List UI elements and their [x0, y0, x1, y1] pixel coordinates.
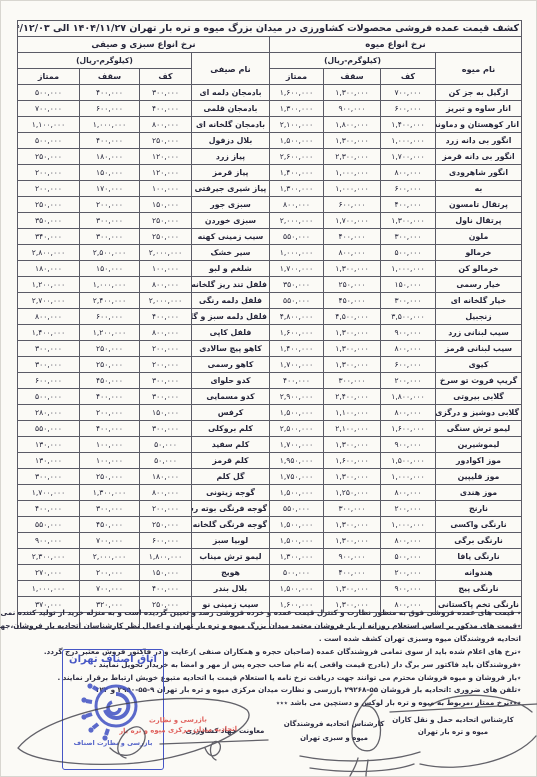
veg-ceiling-cell: ۱,۳۰۰,۰۰۰	[80, 485, 140, 501]
fruit-floor-cell: ۹۰۰,۰۰۰	[381, 581, 436, 597]
veg-floor-cell: ۴۰۰,۰۰۰	[140, 101, 192, 117]
fruit-name-cell: انار ساوه و تبریز	[436, 101, 522, 117]
fruit-ceiling-cell: ۱,۳۰۰,۰۰۰	[324, 533, 381, 549]
fruit-premium-cell: ۱,۷۰۰,۰۰۰	[270, 357, 324, 373]
veg-floor-cell: ۲۰۰,۰۰۰	[140, 501, 192, 517]
veg-premium-header: ممتاز	[17, 69, 79, 85]
veg-ceiling-cell: ۲۵۰,۰۰۰	[80, 469, 140, 485]
fruit-ceiling-header: سقف	[324, 69, 381, 85]
fruit-premium-cell: ۱,۵۰۰,۰۰۰	[270, 533, 324, 549]
fruit-name-cell: زنجبیل	[436, 309, 522, 325]
table-row: موز فلیپین۱,۰۰۰,۰۰۰۱,۳۰۰,۰۰۰۱,۷۵۰,۰۰۰گل …	[17, 469, 521, 485]
veg-premium-cell: ۴۰۰,۰۰۰	[17, 501, 79, 517]
fruit-name-cell: کیوی	[436, 357, 522, 373]
fruit-floor-cell: ۸۰۰,۰۰۰	[381, 341, 436, 357]
veg-name-cell: لوبیا سبز	[192, 533, 270, 549]
fruit-ceiling-cell: ۱,۱۰۰,۰۰۰	[324, 405, 381, 421]
fruit-ceiling-cell: ۱,۳۰۰,۰۰۰	[324, 581, 381, 597]
veg-premium-cell: ۱,۷۰۰,۰۰۰	[17, 485, 79, 501]
fruit-premium-cell: ۸۰۰,۰۰۰	[270, 197, 324, 213]
fruit-floor-header: کف	[381, 69, 436, 85]
fruit-ceiling-cell: ۱,۳۰۰,۰۰۰	[324, 133, 381, 149]
veg-premium-cell: ۷۰۰,۰۰۰	[17, 101, 79, 117]
fruit-ceiling-cell: ۱,۸۰۰,۰۰۰	[324, 117, 381, 133]
fruit-floor-cell: ۸۰۰,۰۰۰	[381, 165, 436, 181]
table-row: خیار گلخانه ای۳۰۰,۰۰۰۴۵۰,۰۰۰۵۵۰,۰۰۰فلفل …	[17, 293, 521, 309]
fruit-name-cell: موز هندی	[436, 485, 522, 501]
veg-floor-cell: ۲۵۰,۰۰۰	[140, 213, 192, 229]
signature-transport-union: کارشناس اتحادیه حمل و نقل کاران میوه و ت…	[383, 716, 523, 736]
veg-premium-cell: ۲۰۰,۰۰۰	[17, 181, 79, 197]
veg-name-cell: سبزی جور	[192, 197, 270, 213]
fruit-ceiling-cell: ۱,۲۵۰,۰۰۰	[324, 485, 381, 501]
veg-premium-cell: ۹۰۰,۰۰۰	[17, 533, 79, 549]
fruit-name-cell: خیار گلخانه ای	[436, 293, 522, 309]
table-row: گلابی بیروتی۱,۸۰۰,۰۰۰۲,۴۰۰,۰۰۰۲,۹۰۰,۰۰۰ک…	[17, 389, 521, 405]
table-row: پرتقال ناول۱,۳۰۰,۰۰۰۱,۷۰۰,۰۰۰۲,۰۰۰,۰۰۰سب…	[17, 213, 521, 229]
fruit-name-cell: خرمالو کن	[436, 261, 522, 277]
fruit-section-header: نرخ انواع میوه	[270, 37, 522, 53]
fruit-name-cell: نارنج	[436, 501, 522, 517]
table-row: گلابی دوشیز و درگزی۸۰۰,۰۰۰۱,۱۰۰,۰۰۰۱,۵۰۰…	[17, 405, 521, 421]
table-row: انار ساوه و تبریز۶۰۰,۰۰۰۹۰۰,۰۰۰۱,۳۰۰,۰۰۰…	[17, 101, 521, 117]
fruit-ceiling-cell: ۲,۳۰۰,۰۰۰	[324, 149, 381, 165]
fruit-ceiling-cell: ۳۰۰,۰۰۰	[324, 501, 381, 517]
fruit-premium-cell: ۴۰۰,۰۰۰	[270, 373, 324, 389]
veg-name-cell: کلم قرمز	[192, 453, 270, 469]
veg-ceiling-cell: ۱,۰۰۰,۰۰۰	[80, 117, 140, 133]
table-row: خرمالو۵۰۰,۰۰۰۸۰۰,۰۰۰۱,۰۰۰,۰۰۰سیر خشک۲,۰۰…	[17, 245, 521, 261]
veg-premium-cell: ۲۵۰,۰۰۰	[17, 197, 79, 213]
veg-premium-cell: ۱,۴۰۰,۰۰۰	[17, 325, 79, 341]
unit-row: نام میوه (کیلوگرم-ریال) نام صیفی (کیلوگر…	[17, 53, 521, 69]
veg-ceiling-cell: ۲۵۰,۰۰۰	[80, 357, 140, 373]
fruit-floor-cell: ۲۰۰,۰۰۰	[381, 501, 436, 517]
veg-premium-cell: ۱,۱۰۰,۰۰۰	[17, 117, 79, 133]
veg-premium-cell: ۳۵۰,۰۰۰	[17, 213, 79, 229]
table-row: انار کوهستان و دماوند۱,۴۰۰,۰۰۰۱,۸۰۰,۰۰۰۲…	[17, 117, 521, 133]
fruit-premium-cell: ۱,۵۰۰,۰۰۰	[270, 133, 324, 149]
fruit-premium-cell: ۵۰۰,۰۰۰	[270, 565, 324, 581]
fruit-name-cell: نارنگی پیج	[436, 581, 522, 597]
veg-floor-cell: ۲۵۰,۰۰۰	[140, 229, 192, 245]
veg-ceiling-cell: ۷۰۰,۰۰۰	[80, 581, 140, 597]
veg-floor-cell: ۱۵۰,۰۰۰	[140, 405, 192, 421]
veg-name-cell: گوجه فرنگی بوته رس	[192, 501, 270, 517]
veg-premium-cell: ۲,۸۰۰,۰۰۰	[17, 245, 79, 261]
fruit-name-cell: نارنگی واکسی	[436, 517, 522, 533]
signature-sellers-union-line1: کارشناس اتحادیه فروشندگان	[274, 720, 394, 728]
veg-ceiling-cell: ۱۷۰,۰۰۰	[80, 181, 140, 197]
veg-name-cell: فلفل کاپی	[192, 325, 270, 341]
fruit-unit-label: (کیلوگرم-ریال)	[270, 53, 436, 69]
veg-floor-cell: ۸۰۰,۰۰۰	[140, 277, 192, 293]
signature-sellers-union-line2: میوه و سبزی تهران	[274, 734, 394, 742]
veg-floor-cell: ۱۵۰,۰۰۰	[140, 565, 192, 581]
fruit-premium-cell: ۱,۷۵۰,۰۰۰	[270, 469, 324, 485]
fruit-premium-cell: ۱,۵۰۰,۰۰۰	[270, 485, 324, 501]
fruit-premium-cell: ۱,۶۰۰,۰۰۰	[270, 325, 324, 341]
fruit-floor-cell: ۱,۰۰۰,۰۰۰	[381, 517, 436, 533]
veg-ceiling-cell: ۳۰۰,۰۰۰	[80, 501, 140, 517]
fruit-floor-cell: ۹۰۰,۰۰۰	[381, 325, 436, 341]
veg-floor-cell: ۲۵۰,۰۰۰	[140, 133, 192, 149]
fruit-name-cell: خرمالو	[436, 245, 522, 261]
veg-ceiling-cell: ۴۵۰,۰۰۰	[80, 517, 140, 533]
fruit-floor-cell: ۳۰۰,۰۰۰	[381, 229, 436, 245]
veg-premium-cell: ۲۷۰,۰۰۰	[17, 565, 79, 581]
fruit-name-cell: موز فلیپین	[436, 469, 522, 485]
veg-premium-cell: ۱,۰۰۰,۰۰۰	[17, 581, 79, 597]
fruit-floor-cell: ۲۰۰,۰۰۰	[381, 565, 436, 581]
veg-floor-cell: ۵۰,۰۰۰	[140, 453, 192, 469]
fruit-floor-cell: ۶۰۰,۰۰۰	[381, 181, 436, 197]
fruit-ceiling-cell: ۱,۳۰۰,۰۰۰	[324, 85, 381, 101]
table-row: ازگیل به جز کن۷۰۰,۰۰۰۱,۳۰۰,۰۰۰۱,۶۰۰,۰۰۰ب…	[17, 85, 521, 101]
veg-premium-cell: ۲۸۰,۰۰۰	[17, 405, 79, 421]
veg-name-cell: پیاز زرد	[192, 149, 270, 165]
veg-ceiling-cell: ۴۰۰,۰۰۰	[80, 389, 140, 405]
veg-ceiling-cell: ۶۰۰,۰۰۰	[80, 309, 140, 325]
veg-name-cell: کاهو رسمی	[192, 357, 270, 373]
veg-ceiling-cell: ۴۰۰,۰۰۰	[80, 133, 140, 149]
fruit-ceiling-cell: ۲۵۰,۰۰۰	[324, 277, 381, 293]
price-sheet-page: کشف قیمت عمده فروشی محصولات کشاورزی در م…	[0, 0, 537, 777]
veg-ceiling-cell: ۳۰۰,۰۰۰	[80, 229, 140, 245]
fruit-premium-cell: ۱,۹۵۰,۰۰۰	[270, 453, 324, 469]
fruit-name-cell: ملون	[436, 229, 522, 245]
signature-transport-union-line2: میوه و تره بار تهران	[383, 728, 523, 736]
fruit-ceiling-cell: ۴۰۰,۰۰۰	[324, 565, 381, 581]
fruit-floor-cell: ۱,۵۰۰,۰۰۰	[381, 453, 436, 469]
veg-floor-cell: ۳۰۰,۰۰۰	[140, 85, 192, 101]
fruit-premium-cell: ۵۵۰,۰۰۰	[270, 293, 324, 309]
fruit-premium-cell: ۱,۵۰۰,۰۰۰	[270, 517, 324, 533]
fruit-name-cell: انگور بی دانه قرمز	[436, 149, 522, 165]
fruit-name-cell: نارنگی یافا	[436, 549, 522, 565]
fruit-floor-cell: ۱,۷۰۰,۰۰۰	[381, 149, 436, 165]
veg-premium-cell: ۱۳۰,۰۰۰	[17, 437, 79, 453]
table-row: هندوانه۲۰۰,۰۰۰۴۰۰,۰۰۰۵۰۰,۰۰۰هویج۱۵۰,۰۰۰۲…	[17, 565, 521, 581]
fruit-ceiling-cell: ۱,۳۰۰,۰۰۰	[324, 517, 381, 533]
table-row: نارنگی پیج۹۰۰,۰۰۰۱,۳۰۰,۰۰۰۱,۵۰۰,۰۰۰بلال …	[17, 581, 521, 597]
veg-floor-cell: ۳۰۰,۰۰۰	[140, 389, 192, 405]
fruit-name-cell: هندوانه	[436, 565, 522, 581]
fruit-floor-cell: ۵۰۰,۰۰۰	[381, 549, 436, 565]
veg-premium-cell: ۵۰۰,۰۰۰	[17, 133, 79, 149]
veg-name-cell: فلفل تند ریز گلخانه	[192, 277, 270, 293]
fruit-premium-cell: ۱,۳۰۰,۰۰۰	[270, 181, 324, 197]
veg-floor-cell: ۱۲۰,۰۰۰	[140, 165, 192, 181]
fruit-premium-cell: ۱,۷۰۰,۰۰۰	[270, 261, 324, 277]
table-row: به۶۰۰,۰۰۰۱,۰۰۰,۰۰۰۱,۳۰۰,۰۰۰پیاز شیری جیر…	[17, 181, 521, 197]
veg-premium-cell: ۵۵۰,۰۰۰	[17, 517, 79, 533]
table-row: خیار رسمی۱۵۰,۰۰۰۲۵۰,۰۰۰۳۵۰,۰۰۰فلفل تند ر…	[17, 277, 521, 293]
table-row: نارنگی یافا۵۰۰,۰۰۰۹۰۰,۰۰۰۱,۳۰۰,۰۰۰لیمو ت…	[17, 549, 521, 565]
table-row: زنجبیل۳,۵۰۰,۰۰۰۴,۵۰۰,۰۰۰۴,۸۰۰,۰۰۰فلفل دل…	[17, 309, 521, 325]
veg-name-cell: بادمجان دلمه ای	[192, 85, 270, 101]
fruit-premium-cell: ۱,۵۰۰,۰۰۰	[270, 581, 324, 597]
fruit-floor-cell: ۸۰۰,۰۰۰	[381, 405, 436, 421]
fruit-premium-cell: ۱,۳۰۰,۰۰۰	[270, 549, 324, 565]
veg-name-header: نام صیفی	[192, 53, 270, 85]
veg-floor-cell: ۲۵۰,۰۰۰	[140, 517, 192, 533]
veg-floor-cell: ۸۰۰,۰۰۰	[140, 485, 192, 501]
veg-name-cell: لیمو ترش میناب	[192, 549, 270, 565]
veg-premium-cell: ۳۰۰,۰۰۰	[17, 357, 79, 373]
veg-name-cell: بادمجان قلمی	[192, 101, 270, 117]
veg-floor-cell: ۲۰۰,۰۰۰	[140, 341, 192, 357]
fruit-premium-cell: ۲,۹۰۰,۰۰۰	[270, 389, 324, 405]
fruit-name-cell: خیار رسمی	[436, 277, 522, 293]
fruit-premium-cell: ۴,۸۰۰,۰۰۰	[270, 309, 324, 325]
fruit-ceiling-cell: ۱,۳۰۰,۰۰۰	[324, 261, 381, 277]
signature-sellers-union: کارشناس اتحادیه فروشندگان میوه و سبزی ته…	[274, 720, 394, 742]
veg-ceiling-cell: ۶۰۰,۰۰۰	[80, 101, 140, 117]
fruit-floor-cell: ۱,۳۰۰,۰۰۰	[381, 213, 436, 229]
veg-name-cell: گوجه زیتونی	[192, 485, 270, 501]
veg-ceiling-cell: ۴۰۰,۰۰۰	[80, 85, 140, 101]
veg-ceiling-header: سقف	[80, 69, 140, 85]
veg-floor-cell: ۴۰۰,۰۰۰	[140, 581, 192, 597]
table-row: کیوی۶۰۰,۰۰۰۱,۳۰۰,۰۰۰۱,۷۰۰,۰۰۰کاهو رسمی۲۰…	[17, 357, 521, 373]
fruit-ceiling-cell: ۸۰۰,۰۰۰	[324, 245, 381, 261]
fruit-premium-cell: ۵۵۰,۰۰۰	[270, 229, 324, 245]
veg-ceiling-cell: ۱۵۰,۰۰۰	[80, 261, 140, 277]
veg-premium-cell: ۱۳۰,۰۰۰	[17, 453, 79, 469]
fruit-name-cell: سیب لبنانی قرمز	[436, 341, 522, 357]
veg-floor-cell: ۲۰۰,۰۰۰	[140, 357, 192, 373]
veg-premium-cell: ۲۰۰,۰۰۰	[17, 165, 79, 181]
fruit-floor-cell: ۳۰۰,۰۰۰	[381, 293, 436, 309]
veg-premium-cell: ۵۰۰,۰۰۰	[17, 85, 79, 101]
veg-name-cell: سبزی خوردن	[192, 213, 270, 229]
fruit-ceiling-cell: ۶۰۰,۰۰۰	[324, 197, 381, 213]
page-title: کشف قیمت عمده فروشی محصولات کشاورزی در م…	[17, 21, 521, 37]
fruit-floor-cell: ۶۰۰,۰۰۰	[381, 101, 436, 117]
veg-premium-cell: ۲۵۰,۰۰۰	[17, 149, 79, 165]
fruit-floor-cell: ۲۰۰,۰۰۰	[381, 373, 436, 389]
fruit-ceiling-cell: ۹۰۰,۰۰۰	[324, 549, 381, 565]
veg-floor-cell: ۲,۰۰۰,۰۰۰	[140, 245, 192, 261]
fruit-premium-cell: ۱,۶۰۰,۰۰۰	[270, 85, 324, 101]
veg-ceiling-cell: ۲۰۰,۰۰۰	[80, 565, 140, 581]
table-row: لیمو ترش سنگی۱,۶۰۰,۰۰۰۲,۱۰۰,۰۰۰۲,۵۰۰,۰۰۰…	[17, 421, 521, 437]
price-table: کشف قیمت عمده فروشی محصولات کشاورزی در م…	[17, 20, 522, 629]
table-row: سیب لبنانی قرمز۸۰۰,۰۰۰۱,۳۰۰,۰۰۰۱,۴۰۰,۰۰۰…	[17, 341, 521, 357]
veg-premium-cell: ۶۰۰,۰۰۰	[17, 373, 79, 389]
footnote-line: ٭ قیمت های عمده فروشی فوق به منظور نظارت…	[15, 607, 521, 620]
veg-name-cell: پیاز شیری جیرفتی	[192, 181, 270, 197]
footnote-line: اتحادیه فروشندگان میوه وسبزی تهران کشف ش…	[15, 633, 521, 646]
fruit-ceiling-cell: ۳۰۰,۰۰۰	[324, 373, 381, 389]
veg-premium-cell: ۳۴۰,۰۰۰	[17, 229, 79, 245]
table-row: انگور بی دانه قرمز۱,۷۰۰,۰۰۰۲,۳۰۰,۰۰۰۲,۶۰…	[17, 149, 521, 165]
veg-ceiling-cell: ۴۵۰,۰۰۰	[80, 373, 140, 389]
stamp-org-label: اتاق اصناف تهران	[63, 654, 163, 665]
veg-floor-cell: ۳۰۰,۰۰۰	[140, 421, 192, 437]
veg-premium-cell: ۲,۳۰۰,۰۰۰	[17, 549, 79, 565]
veg-name-cell: هویج	[192, 565, 270, 581]
fruit-name-cell: لیموشیرین	[436, 437, 522, 453]
stamp-sub-label: بازرسی و نظارت اصناف	[63, 739, 163, 747]
veg-name-cell: کدو مسمایی	[192, 389, 270, 405]
veg-floor-cell: ۶۰۰,۰۰۰	[140, 533, 192, 549]
veg-name-cell: پیاز قرمز	[192, 165, 270, 181]
veg-name-cell: فلفل دلمه رنگی	[192, 293, 270, 309]
fruit-ceiling-cell: ۱,۰۰۰,۰۰۰	[324, 165, 381, 181]
fruit-ceiling-cell: ۴۵۰,۰۰۰	[324, 293, 381, 309]
fruit-floor-cell: ۱۵۰,۰۰۰	[381, 277, 436, 293]
signature-transport-union-line1: کارشناس اتحادیه حمل و نقل کاران	[383, 716, 523, 724]
veg-floor-cell: ۵۰,۰۰۰	[140, 437, 192, 453]
table-row: انگور شاهرودی۸۰۰,۰۰۰۱,۰۰۰,۰۰۰۱,۴۰۰,۰۰۰پی…	[17, 165, 521, 181]
veg-floor-cell: ۱۲۰,۰۰۰	[140, 149, 192, 165]
fruit-floor-cell: ۳,۵۰۰,۰۰۰	[381, 309, 436, 325]
veg-unit-label: (کیلوگرم-ریال)	[17, 53, 191, 69]
veg-name-cell: کاهو پیچ سالادی	[192, 341, 270, 357]
veg-floor-cell: ۲,۰۰۰,۰۰۰	[140, 293, 192, 309]
veg-ceiling-cell: ۲,۰۰۰,۰۰۰	[80, 549, 140, 565]
fruit-floor-cell: ۴۰۰,۰۰۰	[381, 197, 436, 213]
veg-floor-cell: ۸۰۰,۰۰۰	[140, 117, 192, 133]
veg-premium-cell: ۵۰۰,۰۰۰	[17, 389, 79, 405]
table-row: انگور بی دانه زرد۱,۰۰۰,۰۰۰۱,۳۰۰,۰۰۰۱,۵۰۰…	[17, 133, 521, 149]
fruit-ceiling-cell: ۱,۳۰۰,۰۰۰	[324, 341, 381, 357]
fruit-name-cell: گلابی دوشیز و درگزی	[436, 405, 522, 421]
veg-premium-cell: ۳۰۰,۰۰۰	[17, 341, 79, 357]
veg-floor-cell: ۳۰۰,۰۰۰	[140, 373, 192, 389]
fruit-name-cell: موز اکوادور	[436, 453, 522, 469]
fruit-premium-cell: ۳۵۰,۰۰۰	[270, 277, 324, 293]
fruit-floor-cell: ۱,۰۰۰,۰۰۰	[381, 261, 436, 277]
veg-ceiling-cell: ۲,۵۰۰,۰۰۰	[80, 245, 140, 261]
veg-floor-cell: ۱۵۰,۰۰۰	[140, 197, 192, 213]
fruit-ceiling-cell: ۱,۰۰۰,۰۰۰	[324, 181, 381, 197]
fruit-floor-cell: ۱,۰۰۰,۰۰۰	[381, 133, 436, 149]
fruit-floor-cell: ۶۰۰,۰۰۰	[381, 357, 436, 373]
veg-name-cell: سیر خشک	[192, 245, 270, 261]
footnote-line: ٭قیمت های مذکور بر اساس استعلام روزانه ا…	[15, 620, 521, 633]
fruit-floor-cell: ۸۰۰,۰۰۰	[381, 485, 436, 501]
table-row: خرمالو کن۱,۰۰۰,۰۰۰۱,۳۰۰,۰۰۰۱,۷۰۰,۰۰۰شلغم…	[17, 261, 521, 277]
fruit-floor-cell: ۷۰۰,۰۰۰	[381, 85, 436, 101]
fruit-premium-cell: ۱,۵۰۰,۰۰۰	[270, 405, 324, 421]
fruit-premium-cell: ۱,۴۰۰,۰۰۰	[270, 165, 324, 181]
table-row: نارنج۲۰۰,۰۰۰۳۰۰,۰۰۰۵۵۰,۰۰۰گوجه فرنگی بوت…	[17, 501, 521, 517]
fruit-premium-cell: ۲,۱۰۰,۰۰۰	[270, 117, 324, 133]
fruit-premium-cell: ۲,۵۰۰,۰۰۰	[270, 421, 324, 437]
veg-ceiling-cell: ۲۵۰,۰۰۰	[80, 341, 140, 357]
veg-name-cell: کدو حلوای	[192, 373, 270, 389]
fruit-premium-cell: ۱,۷۰۰,۰۰۰	[270, 437, 324, 453]
fruit-ceiling-cell: ۴,۵۰۰,۰۰۰	[324, 309, 381, 325]
table-row: نارنگی برگی۸۰۰,۰۰۰۱,۳۰۰,۰۰۰۱,۵۰۰,۰۰۰لوبی…	[17, 533, 521, 549]
veg-premium-cell: ۱,۲۰۰,۰۰۰	[17, 277, 79, 293]
veg-name-cell: بلال بندر	[192, 581, 270, 597]
table-row: سیب لبنانی زرد۹۰۰,۰۰۰۱,۳۰۰,۰۰۰۱,۶۰۰,۰۰۰ف…	[17, 325, 521, 341]
veg-floor-cell: ۱۰۰,۰۰۰	[140, 261, 192, 277]
red-inspection-stamp: بازرسی و نظارت اتحادیه میدان مرکزی میوه …	[88, 713, 268, 736]
fruit-ceiling-cell: ۴۰۰,۰۰۰	[324, 229, 381, 245]
table-row: پرتقال تامسون۴۰۰,۰۰۰۶۰۰,۰۰۰۸۰۰,۰۰۰سبزی ج…	[17, 197, 521, 213]
price-table-body: کشف قیمت عمده فروشی محصولات کشاورزی در م…	[17, 21, 521, 629]
fruit-ceiling-cell: ۱,۷۰۰,۰۰۰	[324, 213, 381, 229]
fruit-name-cell: گریپ فروت تو سرخ	[436, 373, 522, 389]
veg-ceiling-cell: ۱,۲۰۰,۰۰۰	[80, 325, 140, 341]
veg-ceiling-cell: ۲۰۰,۰۰۰	[80, 405, 140, 421]
fruit-ceiling-cell: ۱,۳۰۰,۰۰۰	[324, 469, 381, 485]
veg-ceiling-cell: ۳۰۰,۰۰۰	[80, 213, 140, 229]
fruit-ceiling-cell: ۲,۱۰۰,۰۰۰	[324, 421, 381, 437]
veg-section-header: نرخ انواع سبزی و صیفی	[17, 37, 269, 53]
veg-premium-cell: ۵۵۰,۰۰۰	[17, 421, 79, 437]
fruit-floor-cell: ۸۰۰,۰۰۰	[381, 533, 436, 549]
fruit-name-cell: پرتقال ناول	[436, 213, 522, 229]
veg-ceiling-cell: ۱۰۰,۰۰۰	[80, 453, 140, 469]
fruit-name-cell: ازگیل به جز کن	[436, 85, 522, 101]
veg-ceiling-cell: ۲,۴۰۰,۰۰۰	[80, 293, 140, 309]
veg-floor-header: کف	[140, 69, 192, 85]
veg-name-cell: شلغم و لبو	[192, 261, 270, 277]
veg-floor-cell: ۱۰۰,۰۰۰	[140, 181, 192, 197]
veg-floor-cell: ۴۰۰,۰۰۰	[140, 309, 192, 325]
fruit-premium-cell: ۱,۰۰۰,۰۰۰	[270, 245, 324, 261]
fruit-name-cell: سیب لبنانی زرد	[436, 325, 522, 341]
veg-ceiling-cell: ۷۰۰,۰۰۰	[80, 533, 140, 549]
fruit-ceiling-cell: ۱,۳۰۰,۰۰۰	[324, 437, 381, 453]
veg-name-cell: بادمجان گلخانه ای	[192, 117, 270, 133]
fruit-floor-cell: ۱,۴۰۰,۰۰۰	[381, 117, 436, 133]
fruit-floor-cell: ۱,۸۰۰,۰۰۰	[381, 389, 436, 405]
veg-ceiling-cell: ۱,۰۰۰,۰۰۰	[80, 277, 140, 293]
table-row: نارنگی واکسی۱,۰۰۰,۰۰۰۱,۳۰۰,۰۰۰۱,۵۰۰,۰۰۰گ…	[17, 517, 521, 533]
table-row: موز اکوادور۱,۵۰۰,۰۰۰۱,۶۰۰,۰۰۰۱,۹۵۰,۰۰۰کل…	[17, 453, 521, 469]
table-row: لیموشیرین۹۰۰,۰۰۰۱,۳۰۰,۰۰۰۱,۷۰۰,۰۰۰کلم سف…	[17, 437, 521, 453]
fruit-premium-cell: ۲,۶۰۰,۰۰۰	[270, 149, 324, 165]
fruit-premium-header: ممتاز	[270, 69, 324, 85]
fruit-name-cell: به	[436, 181, 522, 197]
table-row: موز هندی۸۰۰,۰۰۰۱,۲۵۰,۰۰۰۱,۵۰۰,۰۰۰گوجه زی…	[17, 485, 521, 501]
veg-premium-cell: ۱۸۰,۰۰۰	[17, 261, 79, 277]
fruit-premium-cell: ۱,۴۰۰,۰۰۰	[270, 341, 324, 357]
veg-name-cell: بلال دزفول	[192, 133, 270, 149]
veg-ceiling-cell: ۴۰۰,۰۰۰	[80, 421, 140, 437]
section-row: نرخ انواع میوه نرخ انواع سبزی و صیفی	[17, 37, 521, 53]
veg-floor-cell: ۸۰۰,۰۰۰	[140, 325, 192, 341]
fruit-name-cell: انگور شاهرودی	[436, 165, 522, 181]
fruit-name-cell: پرتقال تامسون	[436, 197, 522, 213]
veg-ceiling-cell: ۱۰۰,۰۰۰	[80, 437, 140, 453]
veg-name-cell: گوجه فرنگی گلخانه	[192, 517, 270, 533]
veg-floor-cell: ۱,۸۰۰,۰۰۰	[140, 549, 192, 565]
title-row: کشف قیمت عمده فروشی محصولات کشاورزی در م…	[17, 21, 521, 37]
veg-name-cell: گل کلم	[192, 469, 270, 485]
table-row: ملون۳۰۰,۰۰۰۴۰۰,۰۰۰۵۵۰,۰۰۰سیب زمینی کهنه۲…	[17, 229, 521, 245]
fruit-premium-cell: ۱,۳۰۰,۰۰۰	[270, 101, 324, 117]
veg-premium-cell: ۲,۷۰۰,۰۰۰	[17, 293, 79, 309]
fruit-name-cell: گلابی بیروتی	[436, 389, 522, 405]
fruit-name-header: نام میوه	[436, 53, 522, 85]
fruit-premium-cell: ۲,۰۰۰,۰۰۰	[270, 213, 324, 229]
veg-name-cell: فلفل دلمه سبز و گلخانه	[192, 309, 270, 325]
veg-premium-cell: ۸۰۰,۰۰۰	[17, 309, 79, 325]
veg-name-cell: کرفس	[192, 405, 270, 421]
fruit-ceiling-cell: ۲,۴۰۰,۰۰۰	[324, 389, 381, 405]
veg-floor-cell: ۱۸۰,۰۰۰	[140, 469, 192, 485]
fruit-floor-cell: ۵۰۰,۰۰۰	[381, 245, 436, 261]
veg-name-cell: سیب زمینی کهنه	[192, 229, 270, 245]
